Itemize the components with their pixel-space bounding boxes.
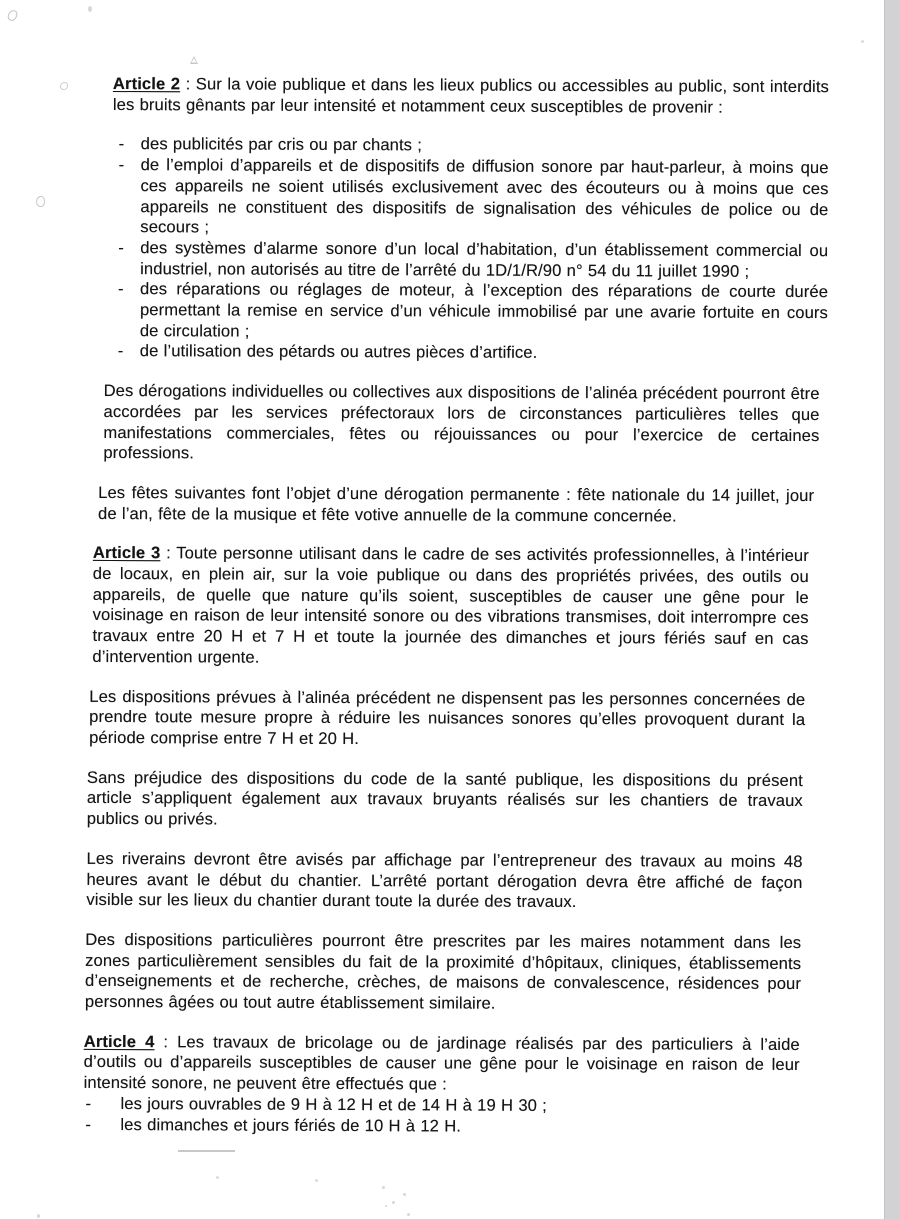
scan-noise-speck	[88, 6, 92, 12]
scan-noise-speck	[7, 9, 19, 22]
scan-noise-triangle	[190, 56, 198, 64]
list-item-text: les dimanches et jours fériés de 10 H à …	[120, 1115, 461, 1135]
paragraph-riverains: Les riverains devront être avisés par af…	[86, 849, 802, 914]
article3-body: : Toute personne utilisant dans le cadre…	[92, 544, 809, 667]
scan-noise-speck	[861, 40, 864, 43]
list-item: -de l’emploi d’appareils et de dispositi…	[112, 155, 828, 241]
scan-noise-speck	[407, 1213, 410, 1216]
scan-noise-speck	[385, 1205, 387, 1207]
list-item: -les dimanches et jours fériés de 10 H à…	[83, 1114, 799, 1138]
list-item-text: les jours ouvrables de 9 H à 12 H et de …	[120, 1094, 547, 1115]
scan-noise-speck	[392, 1201, 395, 1204]
paragraph-article3: Article 3 : Toute personne utilisant dan…	[92, 543, 809, 670]
list-item: -des réparations ou réglages de moteur, …	[112, 279, 828, 344]
article4-heading: Article 4	[84, 1032, 155, 1051]
list-item-text: des publicités par cris ou par chants ;	[141, 135, 422, 155]
list-item: -des systèmes d’alarme sonore d’un local…	[112, 238, 828, 283]
dash-bullet: -	[119, 134, 125, 155]
paragraph-dispositions-alinea: Les dispositions prévues à l’alinéa préc…	[89, 686, 805, 751]
article4-body: : Les travaux de bricolage ou de jardina…	[84, 1032, 800, 1094]
dash-bullet: -	[85, 1114, 91, 1135]
list-interdictions: -des publicités par cris ou par chants ;…	[112, 134, 829, 365]
article2-body: : Sur la voie publique et dans les lieux…	[113, 74, 829, 116]
paragraph-sante-publique: Sans préjudice des dispositions du code …	[87, 768, 803, 833]
list-item-text: de l’utilisation des pétards ou autres p…	[140, 342, 538, 363]
paragraph-derogations: Des dérogations individuelles ou collect…	[103, 381, 819, 467]
paragraph-fetes: Les fêtes suivantes font l’objet d’une d…	[98, 483, 814, 528]
dash-bullet: -	[85, 1094, 91, 1115]
scanned-document-page: Article 2 : Sur la voie publique et dans…	[0, 0, 900, 1219]
dash-bullet: -	[118, 238, 124, 259]
scan-noise-speck	[37, 1214, 40, 1218]
scan-noise-speck	[382, 1186, 385, 1189]
scan-noise-speck	[216, 1176, 219, 1179]
list-horaires: -les jours ouvrables de 9 H à 12 H et de…	[83, 1094, 799, 1139]
paragraph-article4: Article 4 : Les travaux de bricolage ou …	[84, 1032, 800, 1097]
list-item: -de l’utilisation des pétards ou autres …	[112, 341, 828, 365]
list-item-text: des systèmes d’alarme sonore d’un local …	[140, 238, 828, 280]
document-content: Article 2 : Sur la voie publique et dans…	[0, 74, 900, 1158]
paragraph-article2: Article 2 : Sur la voie publique et dans…	[113, 74, 829, 119]
scan-noise-speck	[403, 1193, 406, 1196]
article2-heading: Article 2	[113, 74, 180, 93]
scan-noise-speck	[315, 1179, 318, 1182]
dash-bullet: -	[118, 279, 124, 300]
list-item-text: des réparations ou réglages de moteur, à…	[140, 279, 828, 340]
list-item-text: de l’emploi d’appareils et de dispositif…	[140, 155, 828, 236]
dash-bullet: -	[118, 341, 124, 362]
paragraph-dispositions-maires: Des dispositions particulières pourront …	[85, 930, 801, 1016]
article3-heading: Article 3	[93, 543, 161, 562]
dash-bullet: -	[119, 155, 125, 176]
